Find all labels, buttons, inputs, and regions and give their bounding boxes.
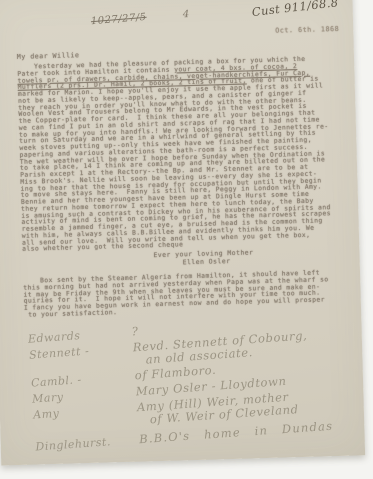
archival-reference: Cust 911/68.8 [251, 0, 339, 19]
postscript: Box sent by the Steamer Algeria from Ham… [23, 270, 356, 320]
archival-number-struck: 1027/27/5 [91, 12, 147, 27]
glossary-definition-line: ? [131, 325, 139, 338]
glossary-term: Dinglehurst. [35, 433, 140, 453]
letter-content: My dear Willie Yesterday we had the plea… [17, 44, 360, 457]
letter-date: Oct. 6th. 1868 [275, 25, 339, 35]
glossary-definition: ? [131, 325, 139, 338]
letter-body: Yesterday we had the pleasure of packing… [17, 56, 354, 254]
page-number-annotation: 4 [183, 9, 190, 20]
scanned-letter-image: 1027/27/5 4 Cust 911/68.8 Oct. 6th. 1868… [0, 0, 373, 479]
letter-page: 1027/27/5 4 Cust 911/68.8 Oct. 6th. 1868… [0, 0, 365, 465]
handwritten-glossary-notes: Edwards?Stennett -Revd. Stennett of Cobo… [28, 310, 362, 453]
